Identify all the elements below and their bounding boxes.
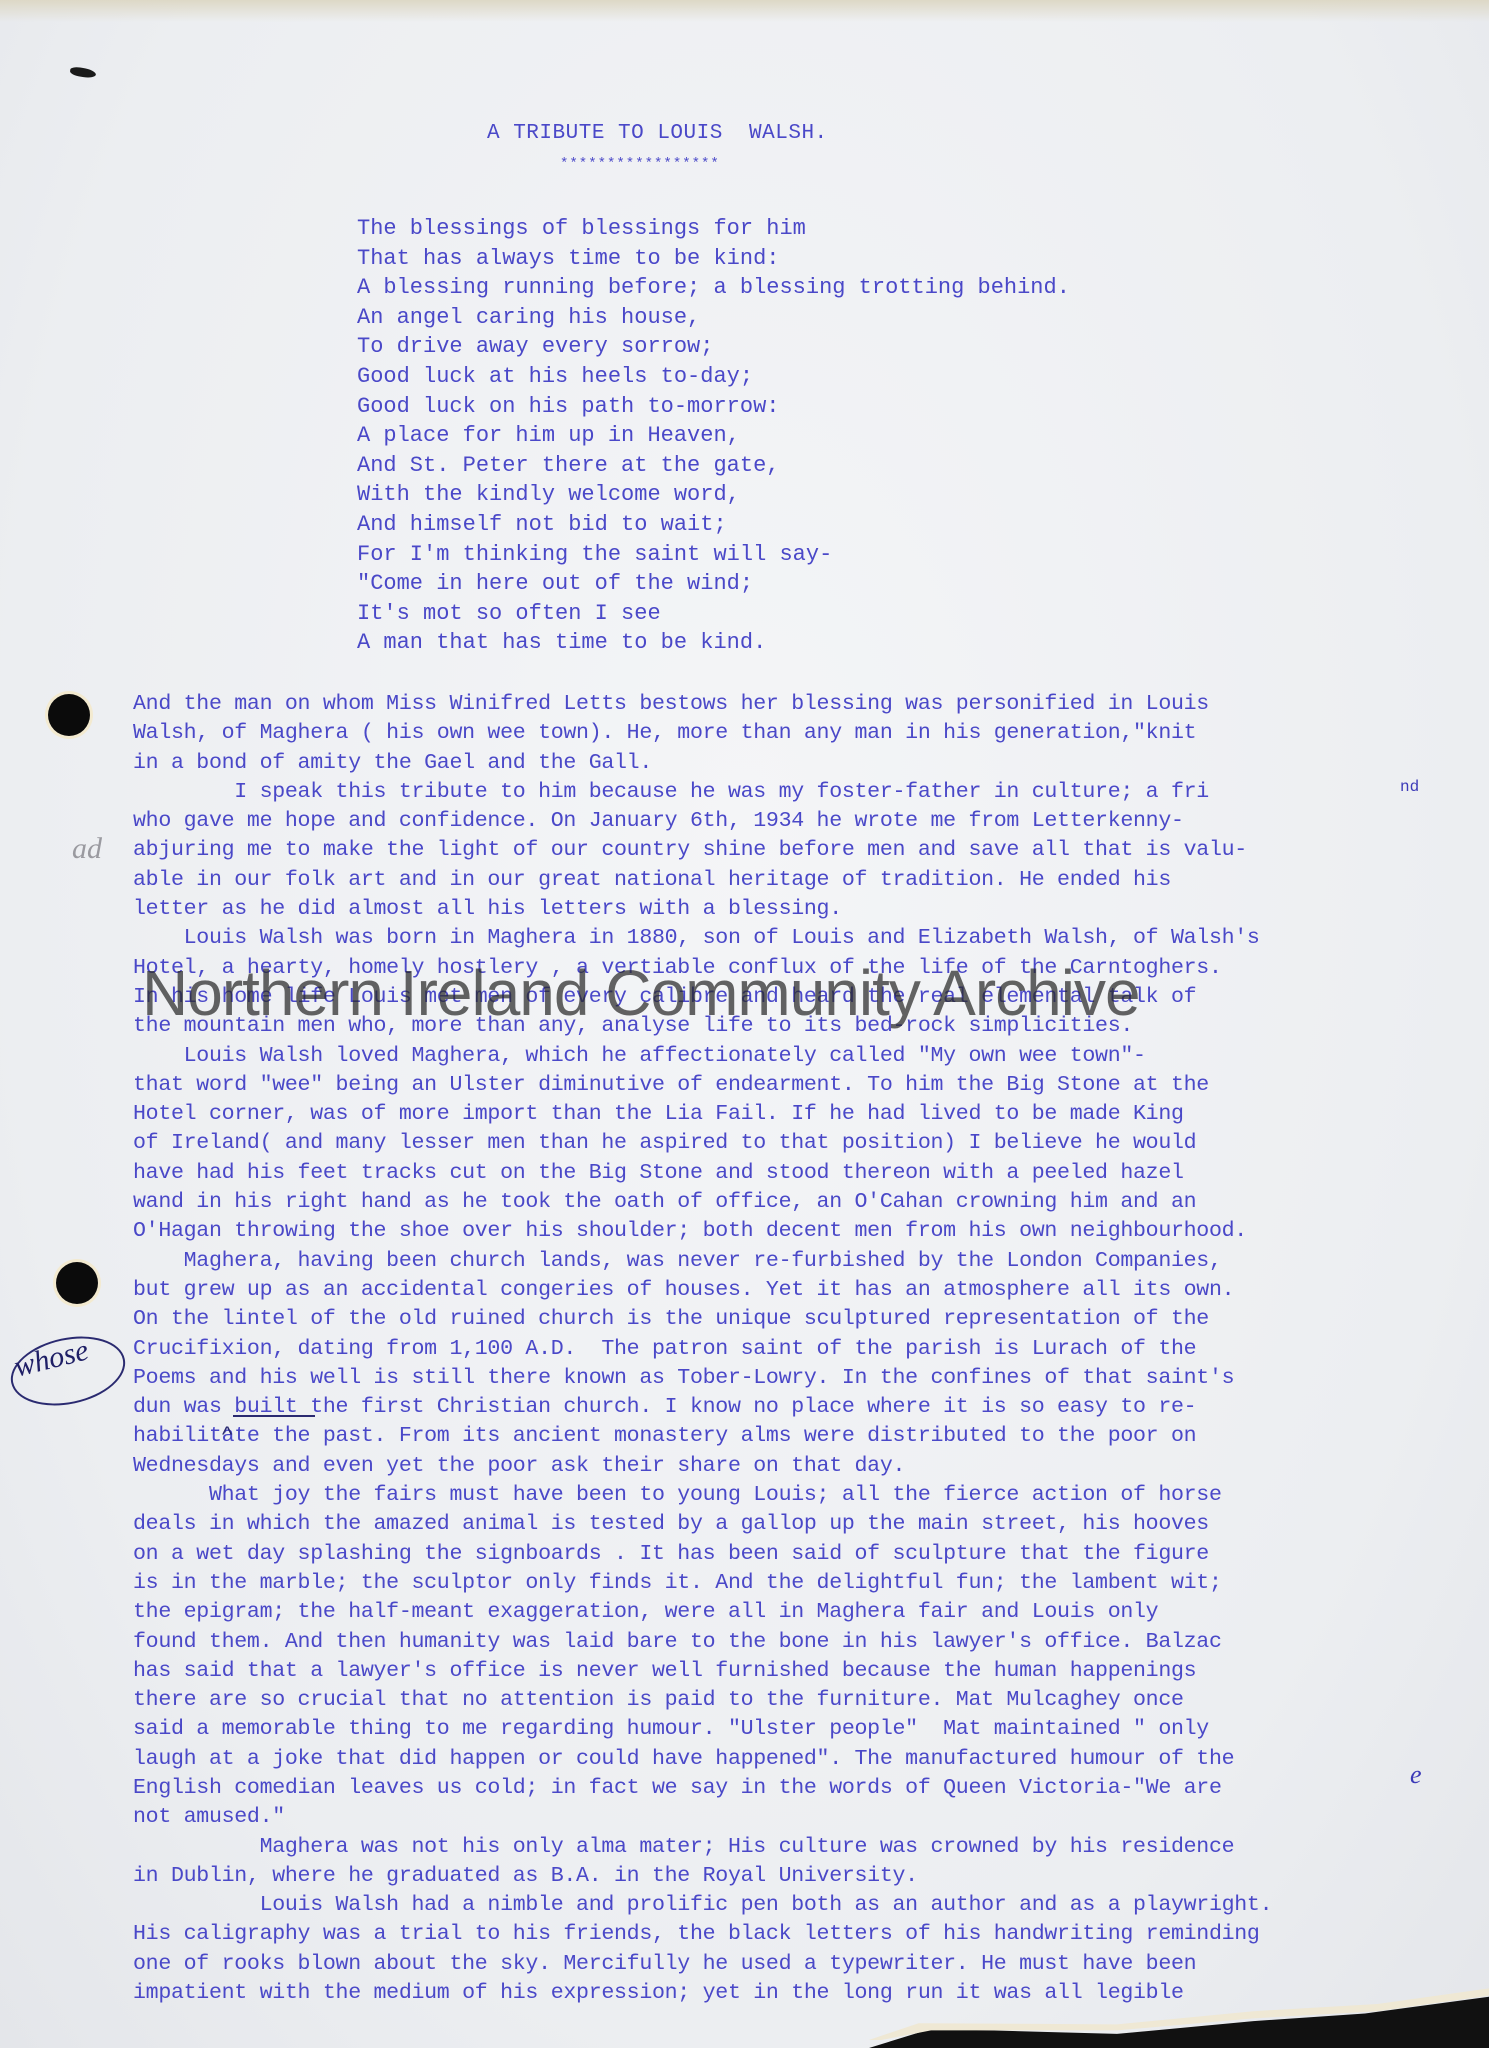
insertion-caret: ^	[222, 1422, 232, 1448]
prose-line: Wednesdays and even yet the poor ask the…	[133, 1452, 1272, 1481]
prose-line: O'Hagan throwing the shoe over his shoul…	[133, 1217, 1272, 1246]
prose-line: dun was built the first Christian church…	[133, 1393, 1272, 1422]
prose-line: habilitate the past. From its ancient mo…	[133, 1422, 1272, 1451]
prose-line: abjuring me to make the light of our cou…	[133, 836, 1272, 865]
poem-line: Good luck at his heels to-day;	[357, 362, 1070, 392]
prose-line: able in our folk art and in our great na…	[133, 866, 1272, 895]
poem-line: And himself not bid to wait;	[357, 510, 1070, 540]
poem-line: It's mot so often I see	[357, 599, 1070, 629]
document-title: A TRIBUTE TO LOUIS WALSH.	[487, 122, 828, 145]
poem-line: "Come in here out of the wind;	[357, 569, 1070, 599]
prose-line: wand in his right hand as he took the oa…	[133, 1188, 1272, 1217]
prose-line: said a memorable thing to me regarding h…	[133, 1715, 1272, 1744]
prose-line: has said that a lawyer's office is never…	[133, 1657, 1272, 1686]
prose-line: English comedian leaves us cold; in fact…	[133, 1774, 1272, 1803]
prose-line: His caligraphy was a trial to his friend…	[133, 1920, 1272, 1949]
prose-line: that word "wee" being an Ulster diminuti…	[133, 1071, 1272, 1100]
corner-mark	[70, 66, 97, 79]
title-underline-stars: *****************	[560, 156, 720, 172]
paper-page: A TRIBUTE TO LOUIS WALSH. **************…	[0, 0, 1489, 2048]
prose-line: deals in which the amazed animal is test…	[133, 1510, 1272, 1539]
prose-line: there are so crucial that no attention i…	[133, 1686, 1272, 1715]
prose-line: I speak this tribute to him because he w…	[133, 778, 1272, 807]
prose-line: Crucifixion, dating from 1,100 A.D. The …	[133, 1335, 1272, 1364]
poem-line: To drive away every sorrow;	[357, 332, 1070, 362]
prose-line: one of rooks blown about the sky. Mercif…	[133, 1950, 1272, 1979]
poem-line: An angel caring his house,	[357, 303, 1070, 333]
poem-line: A blessing running before; a blessing tr…	[357, 273, 1070, 303]
poem-line: The blessings of blessings for him	[357, 214, 1070, 244]
prose-line: impatient with the medium of his express…	[133, 1979, 1272, 2008]
prose-line: who gave me hope and confidence. On Janu…	[133, 807, 1272, 836]
prose-line: Louis Walsh was born in Maghera in 1880,…	[133, 924, 1272, 953]
prose-body: And the man on whom Miss Winifred Letts …	[133, 690, 1272, 2008]
punch-hole	[48, 694, 90, 736]
prose-line: Hotel corner, was of more import than th…	[133, 1100, 1272, 1129]
poem-line: A place for him up in Heaven,	[357, 421, 1070, 451]
prose-line: is in the marble; the sculptor only find…	[133, 1569, 1272, 1598]
prose-line: letter as he did almost all his letters …	[133, 895, 1272, 924]
prose-line: Maghera was not his only alma mater; His…	[133, 1833, 1272, 1862]
prose-line: On the lintel of the old ruined church i…	[133, 1305, 1272, 1334]
prose-line: but grew up as an accidental congeries o…	[133, 1276, 1272, 1305]
prose-line: Maghera, having been church lands, was n…	[133, 1247, 1272, 1276]
poem-block: The blessings of blessings for himThat h…	[357, 214, 1070, 658]
watermark: Northern Ireland Community Archive	[142, 956, 1140, 1030]
prose-line: laugh at a joke that did happen or could…	[133, 1745, 1272, 1774]
poem-line: For I'm thinking the saint will say-	[357, 540, 1070, 570]
paper-stain	[0, 0, 1489, 22]
prose-line: Louis Walsh loved Maghera, which he affe…	[133, 1042, 1272, 1071]
prose-line: in Dublin, where he graduated as B.A. in…	[133, 1862, 1272, 1891]
poem-line: With the kindly welcome word,	[357, 480, 1070, 510]
prose-line: Walsh, of Maghera ( his own wee town). H…	[133, 719, 1272, 748]
prose-line: the epigram; the half-meant exaggeration…	[133, 1598, 1272, 1627]
prose-line: have had his feet tracks cut on the Big …	[133, 1159, 1272, 1188]
prose-line: found them. And then humanity was laid b…	[133, 1628, 1272, 1657]
prose-line: of Ireland( and many lesser men than he …	[133, 1129, 1272, 1158]
prose-line: on a wet day splashing the signboards . …	[133, 1540, 1272, 1569]
prose-line: Louis Walsh had a nimble and prolific pe…	[133, 1891, 1272, 1920]
prose-line: What joy the fairs must have been to you…	[133, 1481, 1272, 1510]
overtype-nd: nd	[1400, 778, 1419, 796]
prose-line: in a bond of amity the Gael and the Gall…	[133, 749, 1272, 778]
punch-hole	[56, 1262, 98, 1304]
poem-line: Good luck on his path to-morrow:	[357, 392, 1070, 422]
poem-line: A man that has time to be kind.	[357, 628, 1070, 658]
poem-line: And St. Peter there at the gate,	[357, 451, 1070, 481]
prose-line: Poems and his well is still there known …	[133, 1364, 1272, 1393]
strikethrough-and-his	[233, 1415, 315, 1417]
prose-line: not amused."	[133, 1803, 1272, 1832]
poem-line: That has always time to be kind:	[357, 244, 1070, 274]
margin-annotation-ad: ad	[72, 832, 102, 866]
prose-line: And the man on whom Miss Winifred Letts …	[133, 690, 1272, 719]
margin-annotation-e: e	[1410, 1760, 1422, 1790]
